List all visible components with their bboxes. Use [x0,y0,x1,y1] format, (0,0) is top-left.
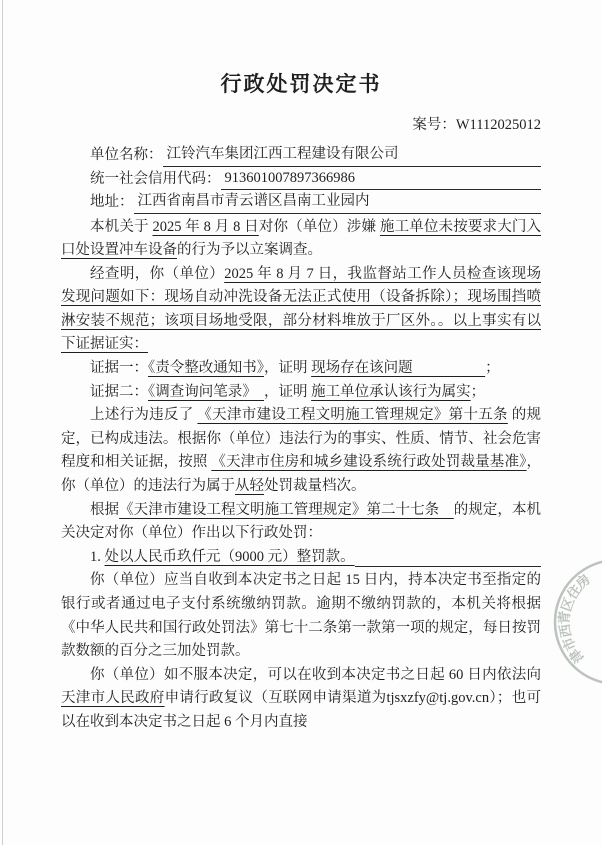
body-paragraph: 经查明，你（单位）2025 年 8 月 7 日，我监督站工作人员检查该现场发现问… [61,263,541,357]
text-segment: ； [485,360,500,376]
field-row: 统一社会信用代码： 913601007897366986 [61,167,541,191]
underlined-text-segment: 《调查询问笔录》 [148,384,264,400]
field-label: 地址： [90,191,134,214]
body-paragraph: 本机关于 2025 年 8 月 8 日对你（单位）涉嫌 施工单位未按要求大门入口… [61,216,541,263]
text-segment: 处罚裁量档次。 [264,478,366,494]
field-value: 913601007897366986 [221,167,542,191]
text-segment: ，证明 [264,384,311,400]
body-paragraph: 1. 处以人民币玖仟元（9000 元）整罚款。 [61,546,541,570]
text-segment: 证据二： [90,384,148,400]
text-segment: ； [471,384,486,400]
underlined-text-segment: 处以人民币玖仟元（9000 元）整罚款。 [105,546,355,570]
text-segment: 上述行为违反了 [90,407,197,423]
body-paragraph: 根据《天津市建设工程文明施工管理规定》第二十七条 的规定，本机关决定对你（单位）… [61,499,541,546]
text-segment: 1. [90,546,105,570]
seal-glyph: 房 [572,570,594,592]
case-number-label: 案号： [412,117,456,133]
case-number-line: 案号：W1112025012 [61,114,541,137]
document-body: 本机关于 2025 年 8 月 8 日对你（单位）涉嫌 施工单位未按要求大门入口… [61,216,541,735]
underlined-text-segment: 《天津市建设工程文明施工管理规定》第十五条 [197,407,507,423]
text-segment: 你（单位）应当自收到本决定书之日起 15 日内，持本决定书至指定的银行或者通过电… [61,572,541,659]
seal-glyph: 市 [559,634,579,653]
underlined-text-segment: 《天津市住房和城乡建设系统行政处罚裁量基准》 [211,454,526,470]
document-title: 行政处罚决定书 [61,68,541,98]
body-paragraph: 上述行为违反了 《天津市建设工程文明施工管理规定》第十五条 的规定，已构成违法。… [61,404,541,498]
official-seal-icon: 房住区青西市津 [545,545,602,710]
header-fields: 单位名称： 江铃汽车集团江西工程建设有限公司 统一社会信用代码： 9136010… [61,143,541,214]
text-segment: 本机关于 [90,219,152,235]
field-value: 江西省南昌市青云谱区昌南工业园内 [134,190,542,214]
field-label: 单位名称： [90,144,163,167]
underlined-text-segment: 从轻 [235,478,264,494]
seal-glyph: 西 [557,622,574,638]
text-segment: 的行为予以立案调查。 [177,242,322,258]
field-row: 地址： 江西省南昌市青云谱区昌南工业园内 [61,190,541,214]
field-value: 江铃汽车集团江西工程建设有限公司 [163,143,542,167]
underlined-text-segment: 《天津市建设工程文明施工管理规定》第二十七条 [119,502,454,518]
body-paragraph: 证据一：《责令整改通知书》，证明 现场存在该问题 ； [61,357,541,381]
field-row: 单位名称： 江铃汽车集团江西工程建设有限公司 [61,143,541,167]
seal-glyph: 住 [563,581,584,602]
scan-edge-line [2,0,3,845]
body-paragraph: 你（单位）应当自收到本决定书之日起 15 日内，持本决定书至指定的银行或者通过电… [61,569,541,663]
seal-glyph: 青 [555,610,572,625]
underlined-text-segment: 2025 年 8 月 8 日 [152,219,258,235]
text-segment: 你（单位）如不服本决定，可以在收到本决定书之日起 60 日内依法向 [90,667,541,683]
document-page: 行政处罚决定书 案号：W1112025012 单位名称： 江铃汽车集团江西工程建… [0,0,602,845]
field-label: 统一社会信用代码： [90,168,221,191]
seal-glyph: 津 [565,646,586,667]
underlined-text-segment: 《责令整改通知书》 [148,360,264,376]
underlined-text-segment: 现场存在该问题 [311,360,485,376]
blank-underline-fill [355,546,541,568]
body-paragraph: 证据二：《调查询问笔录》 ，证明 施工单位承认该行为属实； [61,381,541,405]
case-number-value: W1112025012 [456,117,541,133]
body-paragraph: 你（单位）如不服本决定，可以在收到本决定书之日起 60 日内依法向天津市人民政府… [61,664,541,735]
underlined-text-segment: 施工单位承认该行为属实 [311,384,471,400]
seal-glyph: 区 [558,595,577,613]
text-segment: 对你（单位）涉嫌 [259,219,380,235]
text-segment: 经查明，你（单位） [90,266,224,282]
text-segment: 证据一： [90,360,148,376]
document-content: 行政处罚决定书 案号：W1112025012 单位名称： 江铃汽车集团江西工程建… [61,68,541,735]
text-segment: ，证明 [264,360,311,376]
underlined-text-segment: 天津市人民政府 [61,690,165,706]
text-segment: 根据 [90,502,119,518]
